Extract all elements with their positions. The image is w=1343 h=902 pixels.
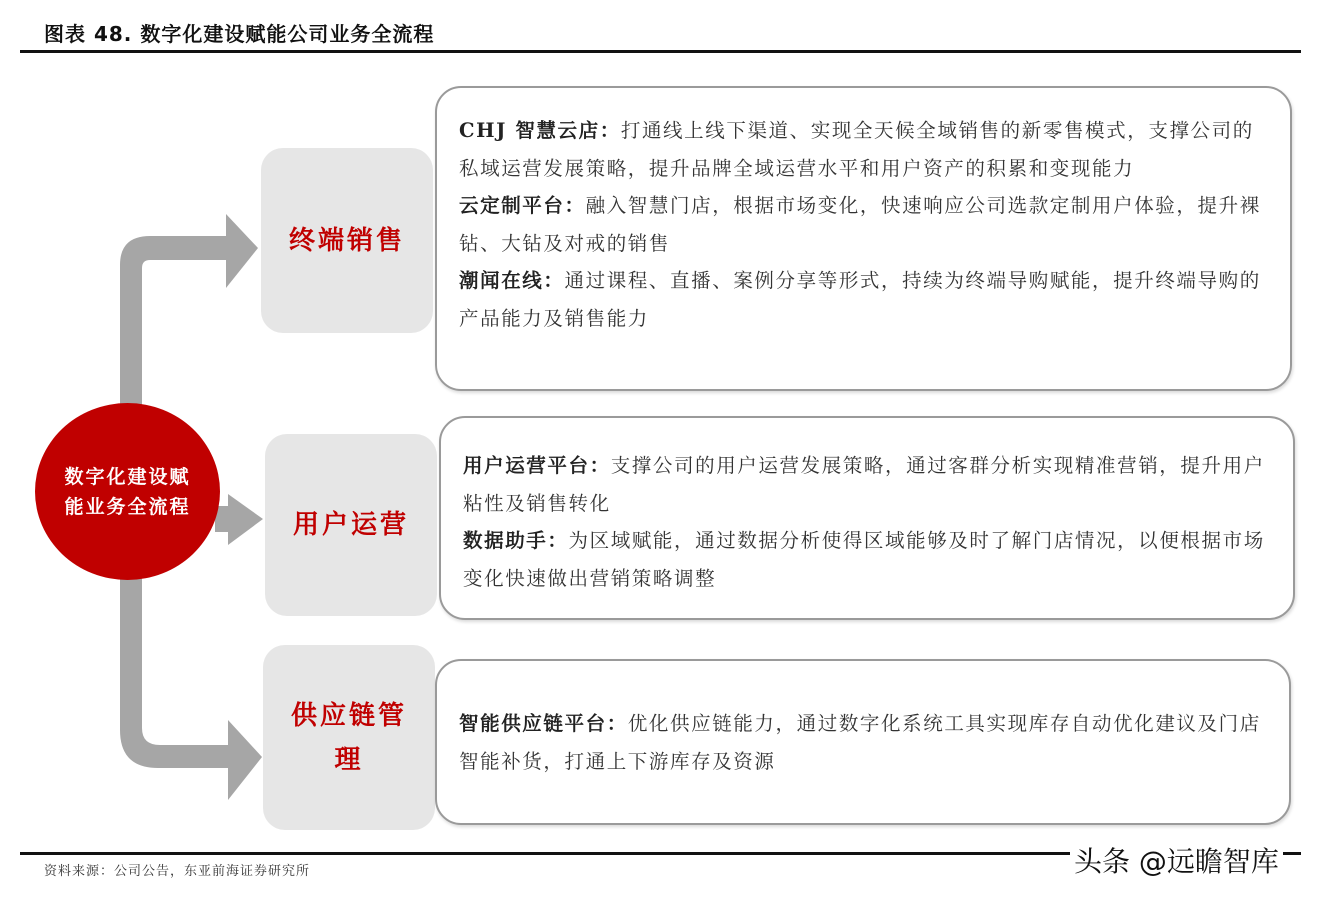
detail-item: CHJ 智慧云店：打通线上线下渠道、实现全天候全域销售的新零售模式，支撑公司的私… bbox=[459, 112, 1268, 187]
detail-item: 云定制平台：融入智慧门店，根据市场变化，快速响应公司选款定制用户体验，提升裸钻、… bbox=[459, 187, 1268, 262]
detail-box-terminal-sales: CHJ 智慧云店：打通线上线下渠道、实现全天候全域销售的新零售模式，支撑公司的私… bbox=[435, 86, 1292, 391]
arrowhead-user-ops bbox=[228, 494, 263, 545]
branch-label: 终端销售 bbox=[277, 219, 417, 263]
branch-label: 用户运营 bbox=[281, 503, 421, 547]
arrowhead-terminal-sales bbox=[226, 214, 258, 288]
branch-box-terminal-sales: 终端销售 bbox=[261, 148, 433, 333]
detail-box-supply-chain: 智能供应链平台：优化供应链能力，通过数字化系统工具实现库存自动优化建议及门店智能… bbox=[435, 659, 1291, 825]
detail-item: 智能供应链平台：优化供应链能力，通过数字化系统工具实现库存自动优化建议及门店智能… bbox=[459, 705, 1267, 780]
watermark: 头条 @远瞻智库 bbox=[1070, 840, 1283, 880]
detail-box-user-ops: 用户运营平台：支撑公司的用户运营发展策略，通过客群分析实现精准营销，提升用户粘性… bbox=[439, 416, 1295, 620]
detail-item: 用户运营平台：支撑公司的用户运营发展策略，通过客群分析实现精准营销，提升用户粘性… bbox=[463, 447, 1271, 522]
arrowhead-supply-chain bbox=[228, 720, 262, 800]
hub-label: 数字化建设赋能业务全流程 bbox=[63, 462, 193, 522]
detail-item: 潮闻在线：通过课程、直播、案例分享等形式，持续为终端导购赋能，提升终端导购的产品… bbox=[459, 262, 1268, 337]
hub-circle: 数字化建设赋能业务全流程 bbox=[35, 403, 220, 580]
branch-box-supply-chain: 供应链管理 bbox=[263, 645, 435, 830]
arrow-to-supply-chain bbox=[120, 560, 230, 768]
branch-box-user-ops: 用户运营 bbox=[265, 434, 437, 616]
branch-label: 供应链管理 bbox=[279, 694, 419, 782]
detail-item: 数据助手：为区域赋能，通过数据分析使得区域能够及时了解门店情况，以便根据市场变化… bbox=[463, 522, 1271, 597]
source-note: 资料来源：公司公告，东亚前海证券研究所 bbox=[44, 860, 310, 879]
arrow-to-terminal-sales bbox=[120, 236, 228, 420]
